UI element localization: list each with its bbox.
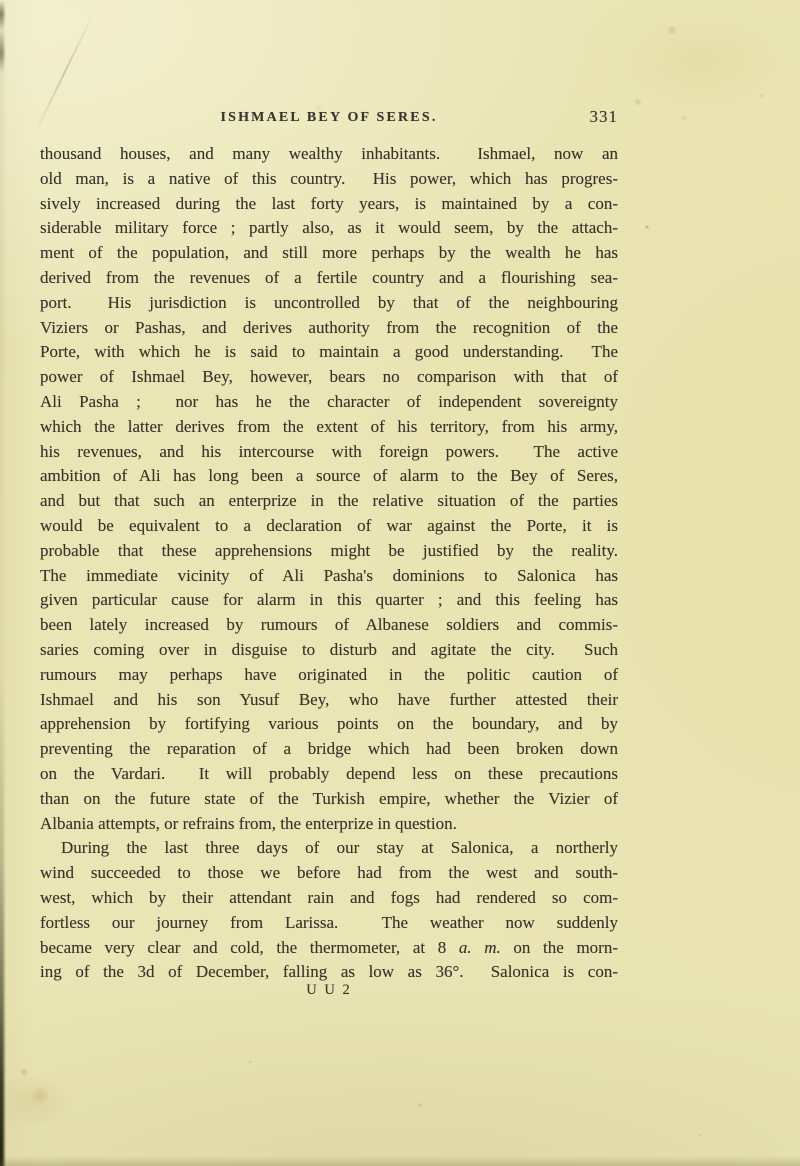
running-title: ISHMAEL BEY OF SERES. [220,110,437,125]
page-bottom-shadow [0,1156,800,1166]
text-line: siderable military force ; partly also, … [40,216,618,241]
text-line: and but that such an enterprize in the r… [40,489,618,514]
text-segment: became very clear and cold, the thermome… [40,938,459,957]
text-line: The immediate vicinity of Ali Pasha's do… [40,564,618,589]
text-segment: Porte, with which he is said to maintain… [40,342,618,361]
text-line: on the Vardari. It will probably depend … [40,762,618,787]
text-line: Ishmael and his son Yusuf Bey, who have … [40,688,618,713]
text-segment: saries coming over in disguise to distur… [40,640,618,659]
text-segment: derived from the revenues of a fertile c… [40,268,618,287]
text-line: Viziers or Pashas, and derives authority… [40,316,618,341]
text-segment: rumours may perhaps have originated in t… [40,665,618,684]
text-line: Albania attempts, or refrains from, the … [40,812,618,837]
text-line: would be equivalent to a declaration of … [40,514,618,539]
text-line: power of Ishmael Bey, however, bears no … [40,365,618,390]
text-line: old man, is a native of this country. Hi… [40,167,618,192]
text-line: saries coming over in disguise to distur… [40,638,618,663]
text-line: Ali Pasha ; nor has he the character of … [40,390,618,415]
text-segment: would be equivalent to a declaration of … [40,516,618,535]
text-line: rumours may perhaps have originated in t… [40,663,618,688]
text-segment: Ali Pasha ; nor has he the character of … [40,392,618,411]
text-segment: wind succeeded to those we before had fr… [40,863,618,882]
text-segment: and but that such an enterprize in the r… [40,491,618,510]
text-segment: ambition of Ali has long been a source o… [40,466,618,485]
text-segment: During the last three days of our stay a… [61,838,618,857]
text-segment: Albania attempts, or refrains from, the … [40,814,457,833]
text-line: preventing the reparation of a bridge wh… [40,737,618,762]
text-line: derived from the revenues of a fertile c… [40,266,618,291]
text-line: Porte, with which he is said to maintain… [40,340,618,365]
text-line: which the latter derives from the extent… [40,415,618,440]
text-line: fortless our journey from Larissa. The w… [40,911,618,936]
text-segment: port. His jurisdiction is uncontrolled b… [40,293,618,312]
signature-mark: U U 2 [40,982,618,999]
text-line: wind succeeded to those we before had fr… [40,861,618,886]
text-line: During the last three days of our stay a… [40,836,618,861]
text-segment: preventing the reparation of a bridge wh… [40,739,618,758]
text-line: been lately increased by rumours of Alba… [40,613,618,638]
page-number: 331 [590,107,619,127]
text-segment: west, which by their attendant rain and … [40,888,618,907]
text-segment: power of Ishmael Bey, however, bears no … [40,367,618,386]
text-segment: ing of the 3d of December, falling as lo… [40,962,618,981]
paragraph: thousand houses, and many wealthy inhabi… [40,142,618,836]
text-segment: been lately increased by rumours of Alba… [40,615,618,634]
text-line: ambition of Ali has long been a source o… [40,464,618,489]
text-segment: than on the future state of the Turkish … [40,789,618,808]
text-line: his revenues, and his intercourse with f… [40,440,618,465]
text-segment: fortless our journey from Larissa. The w… [40,913,618,932]
text-segment: which the latter derives from the extent… [40,417,618,436]
text-segment: on the morn- [501,938,618,957]
text-segment: Viziers or Pashas, and derives authority… [40,318,618,337]
text-segment: thousand houses, and many wealthy inhabi… [40,144,618,163]
text-line: probable that these apprehensions might … [40,539,618,564]
page-header: ISHMAEL BEY OF SERES. 331 [40,108,618,126]
text-line: ment of the population, and still more p… [40,241,618,266]
paragraph: During the last three days of our stay a… [40,836,618,985]
text-line: port. His jurisdiction is uncontrolled b… [40,291,618,316]
book-page: ISHMAEL BEY OF SERES. 331 thousand house… [0,0,800,1166]
text-segment: his revenues, and his intercourse with f… [40,442,618,461]
text-segment: old man, is a native of this country. Hi… [40,169,618,188]
text-line: given particular cause for alarm in this… [40,588,618,613]
italic-text: a. m. [459,938,501,957]
text-line: became very clear and cold, the thermome… [40,936,618,961]
page-text: thousand houses, and many wealthy inhabi… [40,142,618,985]
text-segment: sively increased during the last forty y… [40,194,618,213]
text-segment: The immediate vicinity of Ali Pasha's do… [40,566,618,585]
text-line: apprehension by fortifying various point… [40,712,618,737]
text-segment: apprehension by fortifying various point… [40,714,618,733]
page-left-edge-shadow [0,0,6,1166]
text-segment: on the Vardari. It will probably depend … [40,764,618,783]
text-segment: siderable military force ; partly also, … [40,218,618,237]
text-segment: probable that these apprehensions might … [40,541,618,560]
text-segment: given particular cause for alarm in this… [40,590,618,609]
text-line: west, which by their attendant rain and … [40,886,618,911]
text-line: sively increased during the last forty y… [40,192,618,217]
text-segment: Ishmael and his son Yusuf Bey, who have … [40,690,618,709]
text-line: thousand houses, and many wealthy inhabi… [40,142,618,167]
text-line: than on the future state of the Turkish … [40,787,618,812]
text-segment: ment of the population, and still more p… [40,243,618,262]
